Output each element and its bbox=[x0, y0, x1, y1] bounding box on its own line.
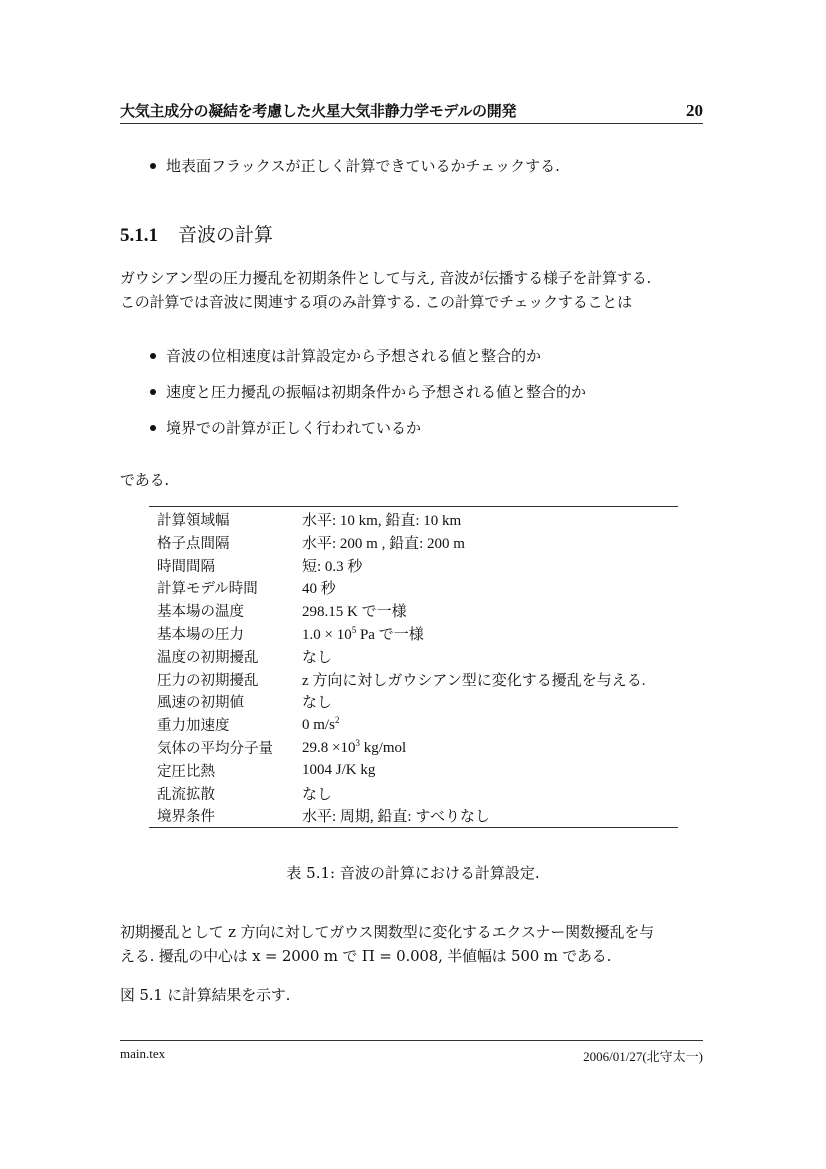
table-row: 乱流拡散なし bbox=[157, 782, 677, 805]
setting-value: 40 秒 bbox=[302, 577, 336, 598]
table-bottom-rule bbox=[149, 827, 678, 828]
setting-name: 基本場の温度 bbox=[157, 600, 302, 621]
setting-name: 基本場の圧力 bbox=[157, 623, 302, 644]
table-row: 基本場の圧力1.0 × 105 Pa で一様 bbox=[157, 622, 677, 645]
setting-value: 水平: 200 m , 鉛直: 200 m bbox=[302, 532, 465, 553]
body-paragraph: 初期擾乱として z 方向に対してガウス関数型に変化するエクスナー関数擾乱を与 え… bbox=[120, 920, 720, 968]
section-number: 5.1.1 bbox=[120, 225, 158, 246]
table-row: 定圧比熱1004 J/K kg bbox=[157, 759, 677, 782]
page-number: 20 bbox=[686, 101, 703, 121]
setting-name: 気体の平均分子量 bbox=[157, 737, 302, 758]
setting-value: z 方向に対しガウシアン型に変化する擾乱を与える. bbox=[302, 669, 646, 690]
footer-rule bbox=[120, 1040, 703, 1041]
table-row: 計算モデル時間40 秒 bbox=[157, 576, 677, 599]
check-item: 速度と圧力擾乱の振幅は初期条件から予想される値と整合的か bbox=[148, 381, 586, 402]
bullet-icon bbox=[150, 425, 156, 431]
table-row: 温度の初期擾乱なし bbox=[157, 645, 677, 668]
running-header-title: 大気主成分の凝結を考慮した火星大気非静力学モデルの開発 bbox=[120, 100, 516, 121]
check-text: 速度と圧力擾乱の振幅は初期条件から予想される値と整合的か bbox=[166, 381, 586, 402]
setting-value: なし bbox=[302, 691, 332, 712]
bullet-icon bbox=[150, 389, 156, 395]
setting-value: 298.15 K で一様 bbox=[302, 600, 407, 621]
exponent: 2 bbox=[335, 715, 340, 725]
check-text: 音波の位相速度は計算設定から予想される値と整合的か bbox=[166, 345, 541, 366]
bullet-icon bbox=[150, 353, 156, 359]
setting-name: 圧力の初期擾乱 bbox=[157, 669, 302, 690]
setting-name: 時間間隔 bbox=[157, 555, 302, 576]
bullet-item: 地表面フラックスが正しく計算できているかチェックする. bbox=[148, 155, 560, 176]
value-text: Pa で一様 bbox=[356, 627, 424, 643]
setting-name: 格子点間隔 bbox=[157, 532, 302, 553]
table-row: 基本場の温度298.15 K で一様 bbox=[157, 599, 677, 622]
setting-value: 水平: 10 km, 鉛直: 10 km bbox=[302, 509, 461, 530]
footer-date-author: 2006/01/27(北守太一) bbox=[583, 1046, 703, 1065]
setting-value: 短: 0.3 秒 bbox=[302, 555, 362, 576]
setting-name: 重力加速度 bbox=[157, 714, 302, 735]
value-text: 1.0 × 10 bbox=[302, 627, 352, 643]
setting-name: 温度の初期擾乱 bbox=[157, 646, 302, 667]
setting-value: なし bbox=[302, 646, 332, 667]
setting-value: 1004 J/K kg bbox=[302, 762, 375, 779]
value-text: kg/mol bbox=[360, 740, 406, 756]
setting-value: 水平: 周期, 鉛直: すべりなし bbox=[302, 805, 490, 826]
bullet-text: 地表面フラックスが正しく計算できているかチェックする. bbox=[166, 155, 560, 176]
check-item: 境界での計算が正しく行われているか bbox=[148, 417, 421, 438]
setting-name: 定圧比熱 bbox=[157, 760, 302, 781]
value-text: 0 m/s bbox=[302, 717, 335, 733]
bullet-icon bbox=[150, 163, 156, 169]
table-top-rule bbox=[149, 506, 678, 507]
setting-value: 1.0 × 105 Pa で一様 bbox=[302, 623, 424, 644]
intro-line: この計算では音波に関連する項のみ計算する. この計算でチェックすることは bbox=[120, 290, 720, 314]
footer-filename: main.tex bbox=[120, 1046, 165, 1062]
setting-name: 計算領域幅 bbox=[157, 509, 302, 530]
table-row: 風速の初期値なし bbox=[157, 690, 677, 713]
table-row: 時間間隔短: 0.3 秒 bbox=[157, 554, 677, 577]
setting-value: 29.8 ×103 kg/mol bbox=[302, 738, 406, 757]
setting-name: 風速の初期値 bbox=[157, 691, 302, 712]
section-heading: 5.1.1音波の計算 bbox=[120, 220, 273, 247]
intro-paragraph: ガウシアン型の圧力擾乱を初期条件として与え, 音波が伝播する様子を計算する. こ… bbox=[120, 266, 720, 314]
setting-name: 乱流拡散 bbox=[157, 783, 302, 804]
intro-line: ガウシアン型の圧力擾乱を初期条件として与え, 音波が伝播する様子を計算する. bbox=[120, 266, 720, 290]
table-row: 重力加速度0 m/s2 bbox=[157, 713, 677, 736]
body-line: える. 擾乱の中心は x = 2000 m で Π = 0.008, 半値幅は … bbox=[120, 944, 720, 968]
table-caption: 表 5.1: 音波の計算における計算設定. bbox=[0, 862, 826, 883]
check-text: 境界での計算が正しく行われているか bbox=[166, 417, 421, 438]
figure-reference: 図 5.1 に計算結果を示す. bbox=[120, 983, 720, 1007]
header-rule bbox=[120, 123, 703, 124]
setting-value: 0 m/s2 bbox=[302, 715, 339, 734]
table-row: 格子点間隔水平: 200 m , 鉛直: 200 m bbox=[157, 531, 677, 554]
after-checks-text: である. bbox=[120, 468, 720, 492]
table-row: 計算領域幅水平: 10 km, 鉛直: 10 km bbox=[157, 508, 677, 531]
setting-name: 境界条件 bbox=[157, 805, 302, 826]
table-row: 圧力の初期擾乱z 方向に対しガウシアン型に変化する擾乱を与える. bbox=[157, 668, 677, 691]
section-title: 音波の計算 bbox=[178, 224, 273, 246]
body-line: 初期擾乱として z 方向に対してガウス関数型に変化するエクスナー関数擾乱を与 bbox=[120, 920, 720, 944]
table-row: 境界条件水平: 周期, 鉛直: すべりなし bbox=[157, 804, 677, 827]
setting-value: なし bbox=[302, 783, 332, 804]
value-text: 29.8 ×10 bbox=[302, 740, 355, 756]
setting-name: 計算モデル時間 bbox=[157, 577, 302, 598]
check-item: 音波の位相速度は計算設定から予想される値と整合的か bbox=[148, 345, 541, 366]
table-row: 気体の平均分子量29.8 ×103 kg/mol bbox=[157, 736, 677, 759]
